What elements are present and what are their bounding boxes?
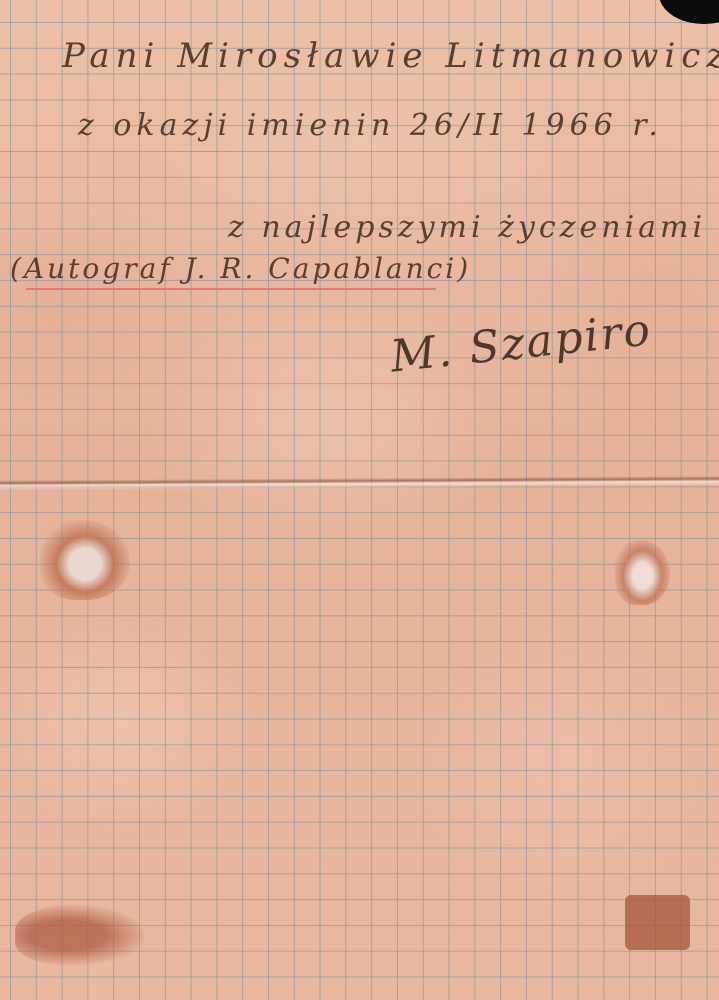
- autograph-note-line: (Autograf J. R. Capablanci): [10, 252, 471, 285]
- wishes-line: z najlepszymi życzeniami: [228, 210, 706, 245]
- handwritten-letter: Pani Mirosławie Litmanowicz z okazji imi…: [0, 0, 719, 1000]
- signature: M. Szapiro: [388, 304, 654, 382]
- graph-paper-grid: [0, 0, 719, 1000]
- torn-corner: [659, 0, 719, 24]
- salutation-line: Pani Mirosławie Litmanowicz: [62, 36, 719, 76]
- occasion-line: z okazji imienin 26/II 1966 r.: [78, 108, 663, 143]
- stain-right: [615, 540, 670, 605]
- stain-bottom-right: [625, 895, 690, 950]
- autograph-note-text: (Autograf J. R. Capablanci): [10, 252, 471, 285]
- paper-fold-crease: [0, 476, 719, 490]
- stain-bottom-left: [15, 905, 145, 965]
- red-underline: [26, 288, 436, 290]
- stain-left: [40, 520, 130, 600]
